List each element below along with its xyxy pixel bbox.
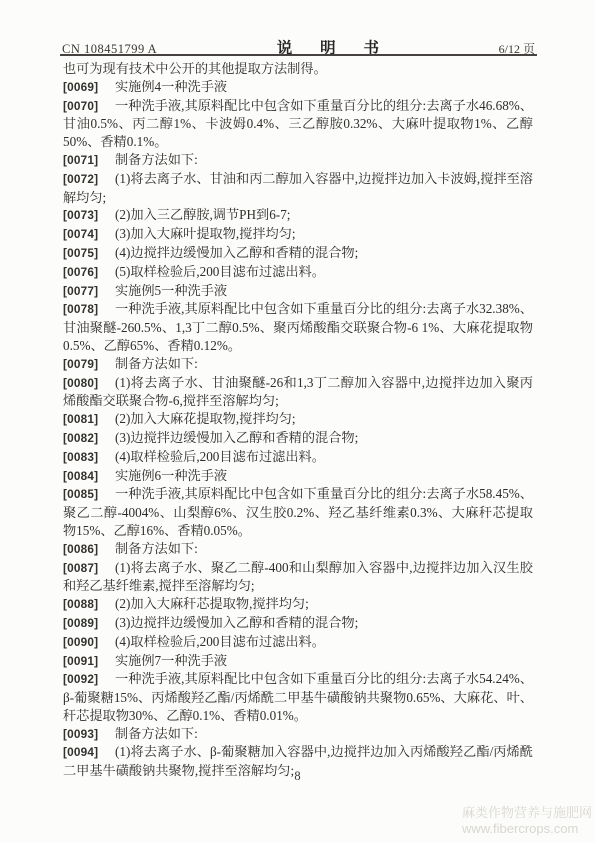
paragraph: [0084]实施例6一种洗手液 — [63, 467, 533, 486]
paragraph-text: 制备方法如下: — [115, 541, 198, 556]
watermark: 麻类作物营养与施肥网 www.fibercrops.com — [462, 805, 592, 836]
paragraph-text: (4)取样检验后,200目滤布过滤出料。 — [115, 449, 325, 464]
paragraph: [0090](4)取样检验后,200目滤布过滤出料。 — [63, 633, 533, 652]
header-rule — [60, 54, 537, 56]
paragraph-number: [0077] — [63, 283, 115, 301]
paragraph-number: [0094] — [63, 744, 115, 762]
paragraph: [0069]实施例4一种洗手液 — [63, 78, 533, 97]
paragraph: [0093]制备方法如下: — [63, 725, 533, 744]
paragraph: [0075](4)边搅拌边缓慢加入乙醇和香精的混合物; — [63, 244, 533, 263]
paragraph: 也可为现有技术中公开的其他提取方法制得。 — [63, 60, 533, 78]
paragraph-text: (2)加入大麻秆芯提取物,搅拌均匀; — [115, 596, 309, 611]
paragraph-number: [0071] — [63, 152, 115, 170]
paragraph-text: (2)加入三乙醇胺,调节PH到6-7; — [115, 207, 290, 222]
paragraph-number: [0081] — [63, 411, 115, 429]
paragraph-text: (3)边搅拌边缓慢加入乙醇和香精的混合物; — [115, 430, 358, 445]
paragraph-number: [0093] — [63, 726, 115, 744]
paragraph-text: 一种洗手液,其原料配比中包含如下重量百分比的组分:去离子水46.68%、甘油0.… — [63, 98, 533, 150]
paragraph: [0085]一种洗手液,其原料配比中包含如下重量百分比的组分:去离子水58.45… — [63, 485, 533, 539]
paragraph: [0083](4)取样检验后,200目滤布过滤出料。 — [63, 448, 533, 467]
paragraph-number: [0075] — [63, 245, 115, 263]
paragraph-number: [0089] — [63, 615, 115, 633]
paragraph: [0092]一种洗手液,其原料配比中包含如下重量百分比的组分:去离子水54.24… — [63, 670, 533, 724]
paragraph-text: 实施例7一种洗手液 — [115, 653, 227, 668]
paragraph-number: [0080] — [63, 375, 115, 393]
paragraph-text: (5)取样检验后,200目滤布过滤出料。 — [115, 264, 325, 279]
paragraph-text: 一种洗手液,其原料配比中包含如下重量百分比的组分:去离子水58.45%、聚乙二醇… — [63, 486, 533, 538]
paragraph: [0080](1)将去离子水、甘油聚醚-26和1,3丁二醇加入容器中,边搅拌边加… — [63, 374, 533, 411]
paragraph: [0070]一种洗手液,其原料配比中包含如下重量百分比的组分:去离子水46.68… — [63, 97, 533, 151]
paragraph: [0076](5)取样检验后,200目滤布过滤出料。 — [63, 263, 533, 282]
paragraph-number: [0083] — [63, 449, 115, 467]
paragraph-number: [0086] — [63, 541, 115, 559]
paragraph: [0072](1)将去离子水、甘油和丙二醇加入容器中,边搅拌边加入卡波姆,搅拌至… — [63, 170, 533, 207]
paragraph: [0077]实施例5一种洗手液 — [63, 282, 533, 301]
paragraph-text: (1)将去离子水、聚乙二醇-400和山梨醇加入容器中,边搅拌边加入汉生胶和羟乙基… — [63, 560, 533, 594]
paragraph-text: (1)将去离子水、甘油聚醚-26和1,3丁二醇加入容器中,边搅拌边加入聚丙烯酸酯… — [63, 375, 533, 409]
paragraph-number: [0069] — [63, 79, 115, 97]
paragraph: [0079]制备方法如下: — [63, 355, 533, 374]
paragraph-number: [0072] — [63, 171, 115, 189]
paragraph-number: [0074] — [63, 226, 115, 244]
paragraph-number: [0090] — [63, 634, 115, 652]
paragraph-number: [0082] — [63, 430, 115, 448]
paragraph: [0082](3)边搅拌边缓慢加入乙醇和香精的混合物; — [63, 429, 533, 448]
paragraph: [0078]一种洗手液,其原料配比中包含如下重量百分比的组分:去离子水32.38… — [63, 300, 533, 354]
paragraph: [0089](3)边搅拌边缓慢加入乙醇和香精的混合物; — [63, 614, 533, 633]
paragraph-text: 制备方法如下: — [115, 152, 198, 167]
paragraph-text: (3)加入大麻叶提取物,搅拌均匀; — [115, 226, 296, 241]
paragraph-number: [0070] — [63, 98, 115, 116]
paragraph-number: [0087] — [63, 560, 115, 578]
paragraph-text: (4)边搅拌边缓慢加入乙醇和香精的混合物; — [115, 245, 358, 260]
paragraph-text: 实施例6一种洗手液 — [115, 468, 227, 483]
paragraph: [0091]实施例7一种洗手液 — [63, 652, 533, 671]
paragraph-number: [0076] — [63, 264, 115, 282]
paragraph-text: 一种洗手液,其原料配比中包含如下重量百分比的组分:去离子水54.24%、β-葡聚… — [63, 671, 533, 723]
paragraph-number: [0084] — [63, 468, 115, 486]
paragraph: [0088](2)加入大麻秆芯提取物,搅拌均匀; — [63, 595, 533, 614]
paragraph: [0073](2)加入三乙醇胺,调节PH到6-7; — [63, 206, 533, 225]
paragraph: [0074](3)加入大麻叶提取物,搅拌均匀; — [63, 225, 533, 244]
document-body: 也可为现有技术中公开的其他提取方法制得。 [0069]实施例4一种洗手液 [00… — [63, 60, 533, 780]
page-number: 8 — [0, 769, 595, 784]
paragraph-number: [0079] — [63, 356, 115, 374]
paragraph-number: [0092] — [63, 671, 115, 689]
paragraph-number: [0085] — [63, 486, 115, 504]
paragraph: [0086]制备方法如下: — [63, 540, 533, 559]
paragraph-number: [0078] — [63, 301, 115, 319]
paragraph-text: (4)取样检验后,200目滤布过滤出料。 — [115, 634, 325, 649]
paragraph-number: [0073] — [63, 207, 115, 225]
paragraph-number: [0088] — [63, 596, 115, 614]
paragraph: [0081](2)加入大麻花提取物,搅拌均匀; — [63, 410, 533, 429]
paragraph-text: 也可为现有技术中公开的其他提取方法制得。 — [63, 61, 327, 76]
paragraph: [0071]制备方法如下: — [63, 151, 533, 170]
paragraph-text: (3)边搅拌边缓慢加入乙醇和香精的混合物; — [115, 615, 358, 630]
paragraph-text: 制备方法如下: — [115, 356, 198, 371]
watermark-site-name: 麻类作物营养与施肥网 — [462, 805, 592, 821]
paragraph-text: 实施例5一种洗手液 — [115, 283, 227, 298]
paragraph: [0087](1)将去离子水、聚乙二醇-400和山梨醇加入容器中,边搅拌边加入汉… — [63, 559, 533, 596]
paragraph-text: 实施例4一种洗手液 — [115, 79, 227, 94]
paragraph-text: 制备方法如下: — [115, 726, 198, 741]
patent-page: CN 108451799 A 说 明 书 6/12 页 也可为现有技术中公开的其… — [0, 0, 595, 842]
paragraph-text: (2)加入大麻花提取物,搅拌均匀; — [115, 411, 296, 426]
paragraph-number: [0091] — [63, 653, 115, 671]
watermark-site-url: www.fibercrops.com — [462, 821, 592, 837]
paragraph-text: (1)将去离子水、甘油和丙二醇加入容器中,边搅拌边加入卡波姆,搅拌至溶解均匀; — [63, 171, 533, 205]
paragraph-text: 一种洗手液,其原料配比中包含如下重量百分比的组分:去离子水32.38%、甘油聚醚… — [63, 301, 533, 353]
